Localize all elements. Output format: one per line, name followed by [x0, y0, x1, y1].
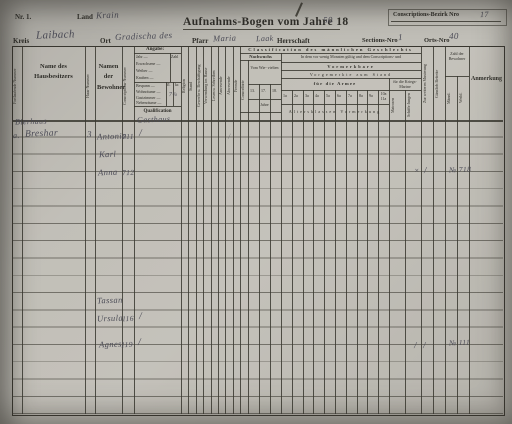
form-number-label: Nr. 1.	[15, 13, 31, 21]
grid-vline	[324, 90, 325, 414]
entry-bewohner: Anna	[98, 167, 118, 178]
herrschaft-label: Herrschaft	[277, 37, 310, 45]
narrow-col-label: Stand	[189, 56, 196, 116]
marine-subcol: Matrosen	[391, 92, 404, 118]
angabe-subcol-label: kr.	[175, 83, 179, 88]
orts-label: Orts-Nro	[424, 37, 450, 44]
ort-label: Ort	[100, 37, 111, 45]
title-underline	[183, 29, 340, 30]
orts-value-handwritten: 40	[449, 31, 459, 41]
grid-vline	[457, 76, 458, 414]
nachwuchs-age: 17.	[261, 89, 266, 94]
vormerk-footer: Altersklassen Vormerkung	[281, 109, 389, 114]
grid-vline	[433, 46, 434, 414]
grid-hline	[445, 76, 469, 77]
class-col: 9a	[369, 94, 373, 99]
col-bewohner-label: Namen der Bewohner	[97, 62, 120, 93]
angabe-row: Jahr —	[136, 55, 148, 60]
grid-hline	[281, 70, 421, 71]
herrschaft-prefix-handwritten: Laak	[256, 34, 274, 44]
grid-vline	[357, 90, 358, 414]
grid-hline	[281, 104, 389, 105]
class-col: 5a	[326, 94, 330, 99]
narrow-col-label: Gewerbe u. Beschäftigung	[197, 56, 204, 116]
entry-bewohner: Ursula	[97, 313, 123, 324]
entry-mark: ×	[414, 166, 420, 175]
angabe-subcol-label: fl.	[167, 83, 170, 88]
angabe-subrow: Wohnräume —	[136, 90, 160, 95]
entry-cons-nr: 711	[122, 132, 134, 141]
angabe-row: Knaben —	[136, 76, 153, 81]
nachwuchs-age: 13.	[250, 89, 255, 94]
pen-stroke-mark	[295, 2, 302, 16]
angabe-title: Angabe:	[146, 47, 164, 52]
form-year-handwritten: 50	[323, 15, 333, 25]
angabe-row: Weiber —	[136, 69, 152, 74]
angabe-row: Erwachsene —	[136, 62, 160, 67]
col-post-number-label: Fortlaufende Nummer	[13, 58, 21, 114]
grid-vline	[445, 46, 446, 414]
entry-post-nr: a.	[13, 131, 20, 140]
grid-vline	[313, 90, 314, 414]
anmerkung-col-label: Anmerkung	[469, 76, 504, 82]
bewohnerzahl-subcol: Weibl.	[459, 80, 468, 116]
conscription-label: Conscriptions-Bezirk Nro	[393, 12, 459, 18]
ort-value-handwritten: Gradischa des	[115, 30, 173, 42]
grid-vline	[389, 78, 390, 414]
entry-hausbesitzer: Bierhaus	[15, 116, 47, 126]
class-col: 2a	[294, 94, 298, 99]
nachwuchs-side-label: Conscribirte	[241, 62, 248, 118]
grid-vline	[281, 53, 282, 414]
entry-cons-nr: 116	[122, 314, 134, 323]
entry-tick: /	[228, 132, 231, 141]
col-conscriptions-nummer-label: Conscriptions-Nummer	[123, 56, 132, 116]
entry-hausbesitzer: Breshar	[25, 128, 58, 139]
narrow-col-label: Verwendung im Hause	[204, 56, 211, 116]
entry-mark: /	[424, 165, 427, 175]
angabe-footer-label: Qualification	[134, 109, 181, 114]
sections-label: Sections-Nro	[362, 37, 398, 44]
angabe-subrow: Bespann —	[136, 84, 155, 89]
conscription-underline	[391, 21, 501, 22]
nachwuchs-title: Nachwuchs	[240, 54, 281, 59]
land-label: Land	[77, 13, 93, 21]
marine-subcol: Schiffs-Jungen	[407, 92, 420, 118]
entry-bewohner: Agnes	[99, 339, 122, 350]
grid-hline	[248, 99, 281, 100]
pfarr-value-handwritten: Maria	[213, 33, 237, 44]
grid-hline	[248, 84, 281, 85]
pfarr-label: Pfarr	[192, 37, 208, 45]
entry-tick: /	[139, 311, 143, 322]
grid-vline	[335, 90, 336, 414]
narrow-col-label: Abwesende	[227, 56, 234, 116]
entry-anmerkung: № 111	[449, 338, 470, 348]
col-hausbesitzer-label: Name des Hausbesitzers	[24, 62, 83, 83]
angabe-subrow: Nebenräume —	[136, 101, 161, 106]
col-haus-nummer-label: Haus-Nummer	[86, 58, 94, 114]
angabe-zahl-label: Zahl	[171, 55, 178, 60]
class-col: 6a	[337, 94, 341, 99]
scanned-census-form: Nr. 1. Land Krain Aufnahms-Bogen vom Jah…	[0, 0, 512, 424]
entry-anmerkung: № 718	[449, 165, 472, 175]
marine-label: für die Kriegs-Marine	[390, 80, 420, 89]
befreite-col-label: Gänzlich Befreite	[435, 52, 444, 116]
class-col: 1a	[283, 94, 287, 99]
entry-tick: /	[139, 128, 143, 139]
grid-vline	[270, 84, 271, 414]
entry-cons-nr: 119	[121, 340, 133, 349]
grid-vline	[346, 90, 347, 414]
vormerk-line3: Vorgemerkte zum Stand	[281, 72, 421, 77]
grid-vline	[134, 46, 135, 414]
vormerk-intro: In dem vor wenig Monaten gültig und dem …	[283, 55, 419, 59]
class-col: 10a 11a	[378, 92, 389, 101]
grid-hline	[281, 90, 421, 91]
class-col: 4a	[315, 94, 319, 99]
grid-vline	[259, 84, 260, 414]
grid-vline	[421, 46, 422, 414]
entry-haus-nr: 3	[87, 129, 92, 139]
class-col: 7a	[348, 94, 352, 99]
entry-bewohner: Tassan	[97, 295, 123, 306]
narrow-col-label: Fremde	[234, 56, 241, 116]
armee-label: für die Armee	[281, 81, 389, 86]
grid-hline	[281, 62, 421, 63]
grid-vline	[95, 46, 96, 414]
kreis-value-handwritten: Laibach	[36, 28, 75, 41]
entry-tick: /	[138, 337, 142, 348]
kreis-label: Kreis	[13, 37, 29, 45]
bewohnerzahl-title: Zahl der Bewohner	[446, 52, 468, 61]
grid-vline	[469, 46, 470, 414]
class-col: 3a	[305, 94, 309, 99]
entry-qualification: Gasthaus	[137, 114, 171, 124]
conscription-value-handwritten: 17	[480, 10, 489, 19]
nachwuchs-age: 18.	[272, 89, 277, 94]
grid-vline	[248, 60, 249, 414]
sections-value-handwritten: 1	[398, 32, 403, 42]
entry-bewohner: Karl	[99, 149, 117, 160]
land-value-handwritten: Krain	[96, 10, 119, 21]
grid-vline	[405, 90, 406, 414]
grid-vline	[378, 90, 379, 414]
musterung-col-label: Zur weiteren Musterung	[423, 52, 432, 116]
entry-mark: /	[423, 340, 426, 350]
grid-vline	[367, 90, 368, 414]
grid-vline	[303, 90, 304, 414]
grid-hline	[134, 106, 181, 107]
grid-hline	[240, 60, 281, 61]
vormerk-line2: Vormerkbare	[281, 64, 421, 69]
narrow-col-label: Religion	[182, 56, 189, 116]
angabe-value-handwritten: 7¾	[169, 92, 178, 98]
entry-cons-nr: 712	[122, 168, 135, 177]
nachwuchs-mid-label: Vom Wie- vielten	[249, 66, 280, 71]
grid-vline	[292, 90, 293, 414]
entry-mark: /	[414, 340, 417, 350]
nachwuchs-footer: Jahre	[248, 103, 281, 108]
bewohnerzahl-subcol: Männl.	[447, 80, 456, 116]
classification-title: Classification des männlichen Geschlecht…	[240, 47, 421, 52]
class-col: 8a	[359, 94, 363, 99]
narrow-col-label: Lesen u. Schreiben	[212, 56, 219, 116]
grid-vline	[22, 46, 23, 414]
narrow-col-label: Anwesende	[219, 56, 226, 116]
